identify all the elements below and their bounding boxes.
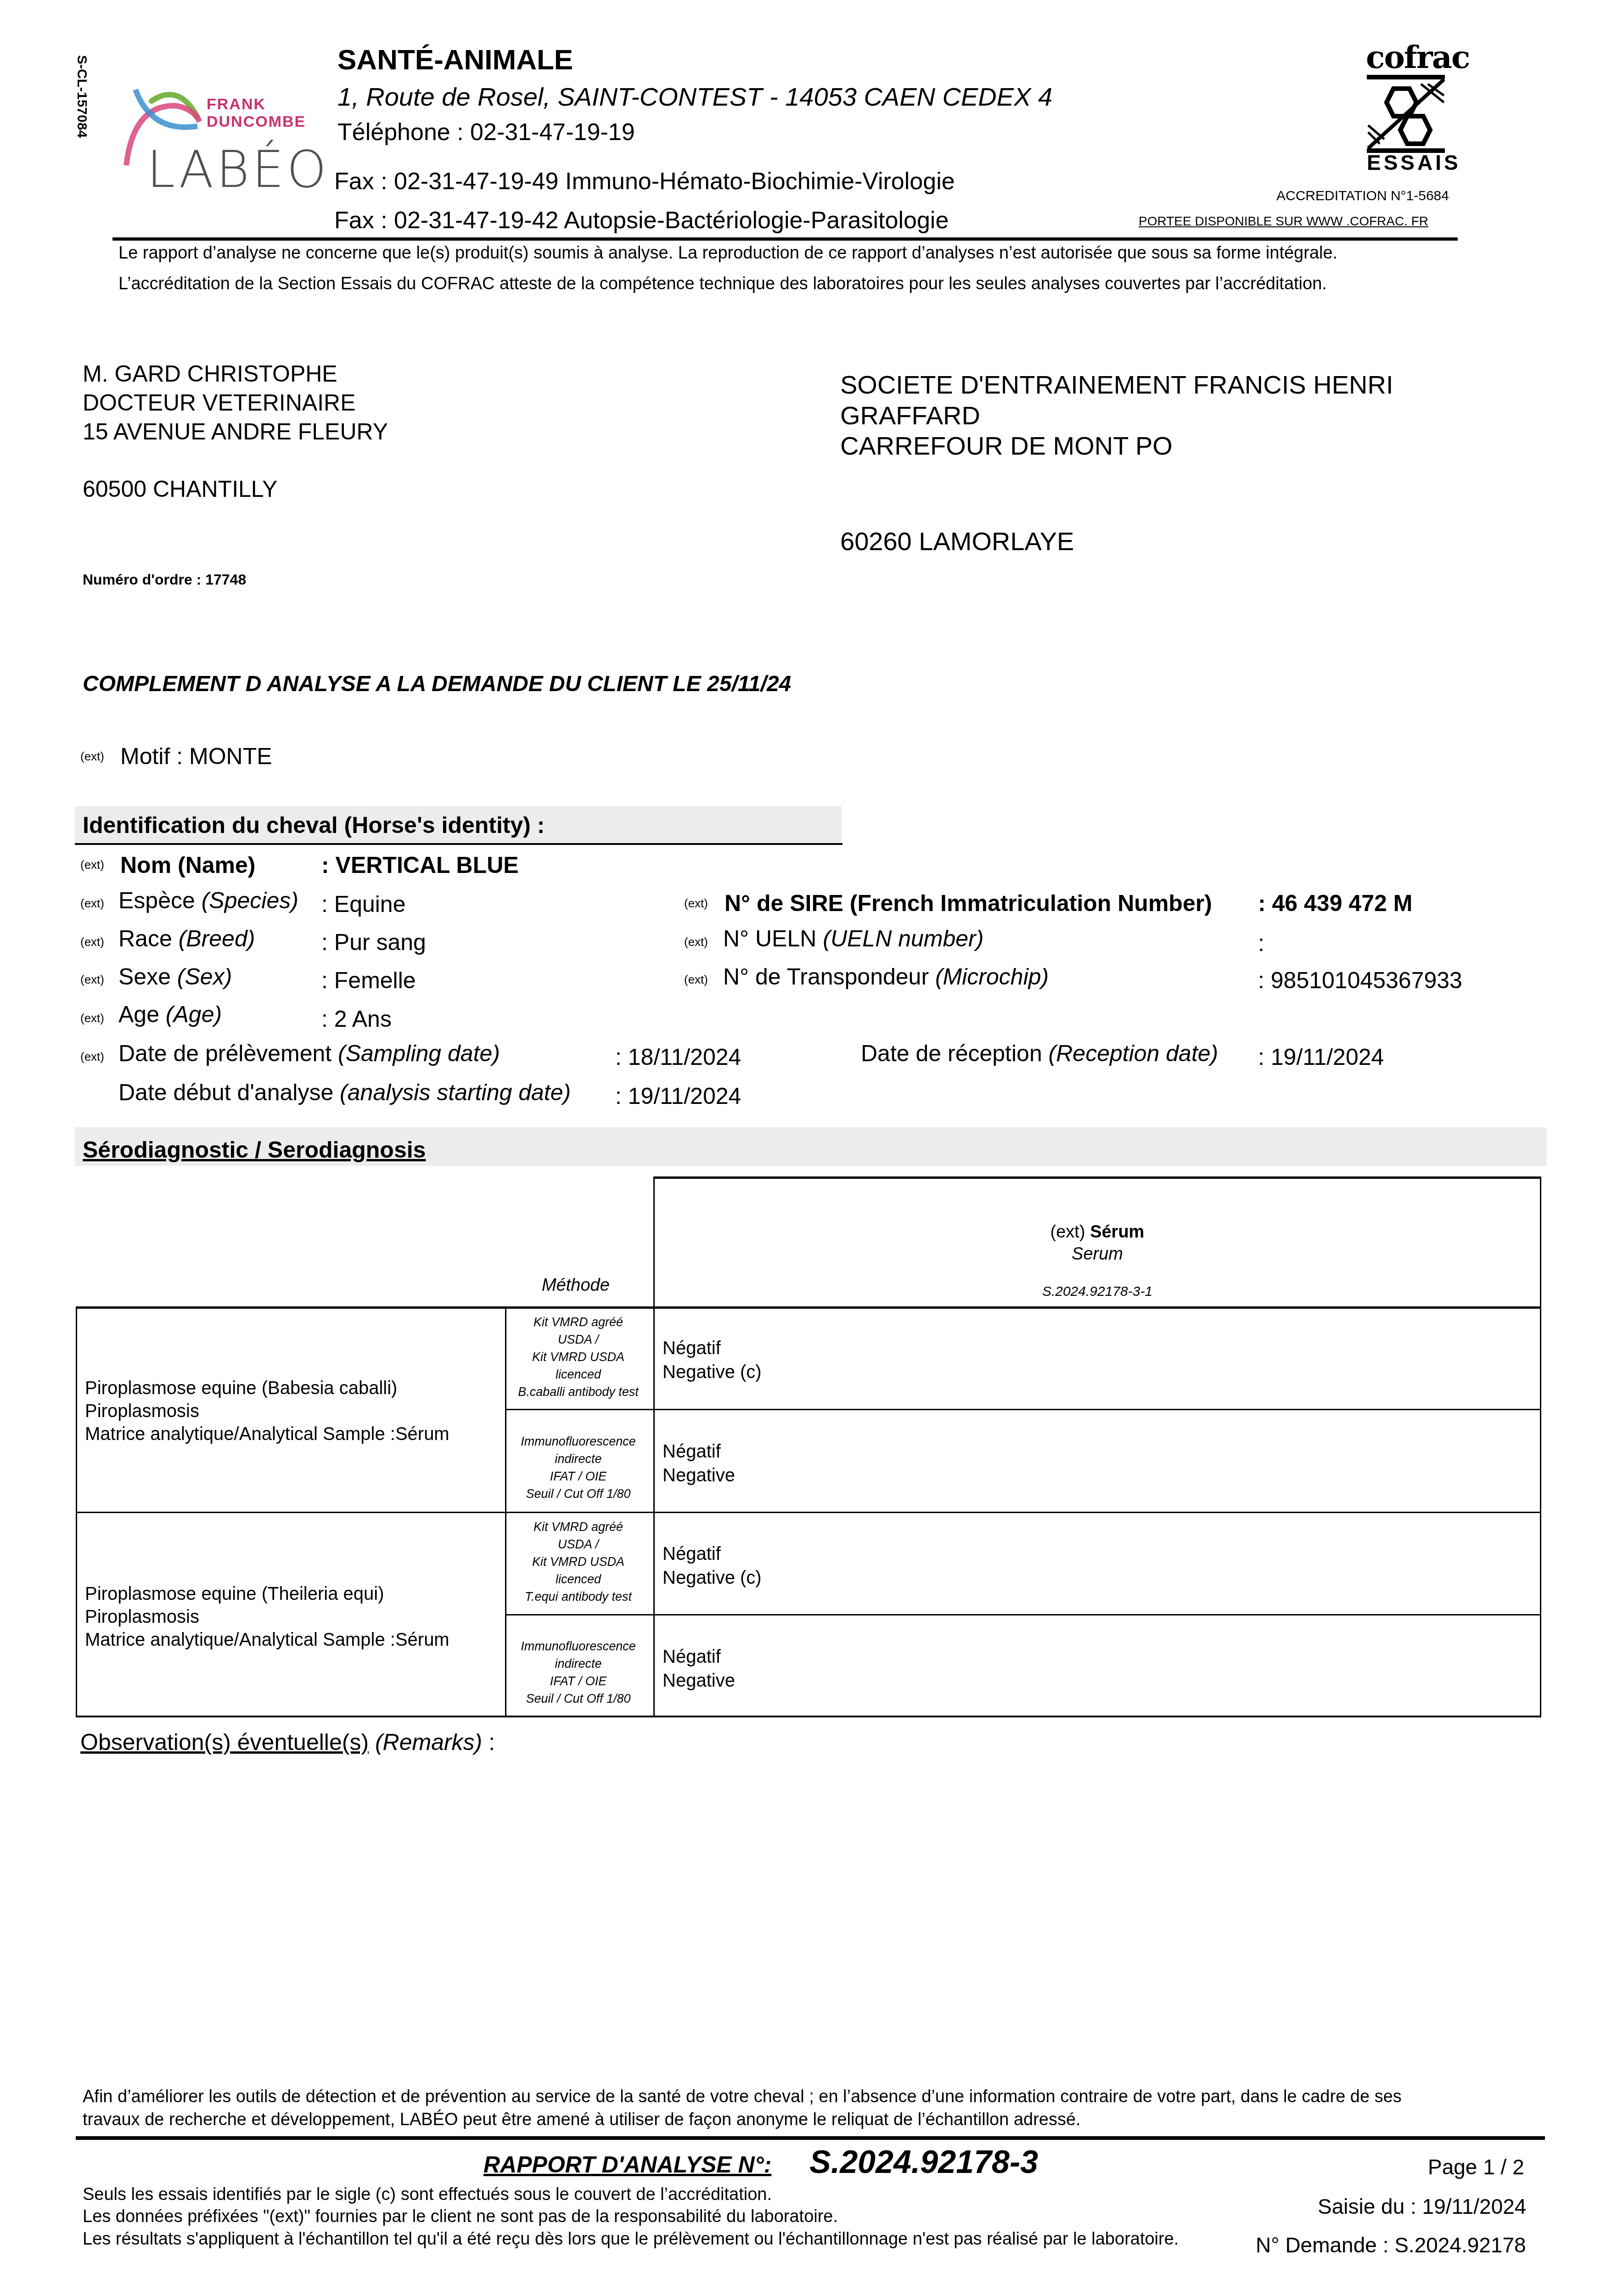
motif: Motif : MONTE xyxy=(120,743,272,770)
analysis-start-label: Date début d'analyse (analysis starting … xyxy=(118,1079,571,1106)
identity-sire-value: : 46 439 472 M xyxy=(1258,890,1412,917)
ext-tag: (ext) xyxy=(684,896,708,911)
identity-name-value: : VERTICAL BLUE xyxy=(321,852,519,878)
result-fr: Négatif xyxy=(663,1645,735,1669)
method-line: B.caballi antibody test xyxy=(506,1383,650,1401)
method-line: licenced xyxy=(506,1366,650,1383)
result-cell: Négatif Negative (c) xyxy=(663,1336,762,1384)
method-line: Kit VMRD USDA xyxy=(506,1348,650,1366)
label-translation: (Breed) xyxy=(179,926,255,951)
logo-line2: DUNCOMBE xyxy=(207,113,306,130)
method-line: Immunofluorescence xyxy=(506,1433,650,1450)
result-fr: Négatif xyxy=(663,1336,762,1360)
result-cell: Négatif Negative xyxy=(663,1440,735,1487)
labeo-logo: FRANK DUNCOMBE LABÉO xyxy=(119,73,321,197)
ext-tag: (ext) xyxy=(80,935,104,949)
label-translation: (Sampling date) xyxy=(338,1041,500,1066)
reception-date-value: : 19/11/2024 xyxy=(1258,1044,1384,1070)
test-name-line: Piroplasmosis xyxy=(85,1605,449,1628)
table-row-divider xyxy=(505,1614,1541,1615)
label-translation: (Age) xyxy=(166,1002,222,1027)
identity-age-value: : 2 Ans xyxy=(321,1006,392,1032)
result-en: Negative xyxy=(663,1669,735,1693)
recipient-city: 60500 CHANTILLY xyxy=(83,476,277,502)
page-number: Page 1 / 2 xyxy=(1428,2155,1524,2179)
cofrac-essais: ESSAIS xyxy=(1367,150,1461,175)
identity-species-label: Espèce (Species) xyxy=(118,887,298,914)
method-cell: Immunofluorescence indirecte IFAT / OIE … xyxy=(506,1433,650,1503)
identity-breed-value: : Pur sang xyxy=(321,929,426,956)
label-translation: (Reception date) xyxy=(1049,1041,1219,1066)
identity-breed-label: Race (Breed) xyxy=(118,925,255,952)
result-cell: Négatif Negative xyxy=(663,1645,735,1693)
label-text: Date de prélèvement xyxy=(118,1041,338,1066)
method-line: indirecte xyxy=(506,1450,650,1468)
recipient-street: 15 AVENUE ANDRE FLEURY xyxy=(83,418,388,445)
table-header-bottom-border xyxy=(76,1306,1541,1309)
sampling-date-value: : 18/11/2024 xyxy=(615,1044,741,1070)
method-line: IFAT / OIE xyxy=(506,1672,650,1690)
remarks-label-translation: (Remarks) xyxy=(369,1729,482,1755)
cofrac-word: cofrac xyxy=(1366,39,1469,76)
logo-frank-duncombe: FRANK DUNCOMBE xyxy=(207,96,306,130)
legal-note-1: Seuls les essais identifiés par le sigle… xyxy=(83,2185,772,2205)
report-number-label: RAPPORT D'ANALYSE N°: xyxy=(483,2151,771,2178)
lab-fax-1: Fax : 02-31-47-19-49 Immuno-Hémato-Bioch… xyxy=(334,168,955,195)
ext-tag: (ext) xyxy=(80,1050,104,1064)
test-name-babesia: Piroplasmose equine (Babesia caballi) Pi… xyxy=(85,1377,449,1446)
remarks-colon: : xyxy=(482,1729,495,1755)
method-line: Kit VMRD agréé xyxy=(506,1313,650,1331)
cofrac-portee-link[interactable]: PORTEE DISPONIBLE SUR WWW .COFRAC. FR xyxy=(1139,214,1428,229)
owner-city: 60260 LAMORLAYE xyxy=(840,526,1074,556)
identity-sex-label: Sexe (Sex) xyxy=(118,963,232,990)
cofrac-logo: cofrac ESSAIS xyxy=(1366,39,1449,177)
table-group-divider xyxy=(76,1512,1541,1513)
test-name-line: Matrice analytique/Analytical Sample :Sé… xyxy=(85,1628,449,1651)
footer-divider xyxy=(76,2136,1545,2140)
result-fr: Négatif xyxy=(663,1542,762,1566)
lab-fax-2: Fax : 02-31-47-19-42 Autopsie-Bactériolo… xyxy=(334,207,949,234)
result-cell: Négatif Negative (c) xyxy=(663,1542,762,1590)
identity-name-label: Nom (Name) xyxy=(120,852,255,878)
serodiagnosis-title: Sérodiagnostic / Serodiagnosis xyxy=(83,1137,426,1163)
legal-note-3: Les résultats s'appliquent à l'échantill… xyxy=(83,2229,1179,2249)
accreditation-number: ACCREDITATION N°1-5684 xyxy=(1276,188,1449,204)
method-line: Kit VMRD USDA xyxy=(506,1553,650,1570)
ext-tag: (ext) xyxy=(80,1011,104,1025)
ext-tag: (ext) xyxy=(80,858,104,872)
method-cell: Kit VMRD agréé USDA / Kit VMRD USDA lice… xyxy=(506,1518,650,1605)
footer-note-1: Afin d’améliorer les outils de détection… xyxy=(83,2087,1402,2107)
identity-title: Identification du cheval (Horse's identi… xyxy=(83,812,545,838)
label-text: Date début d'analyse xyxy=(118,1080,340,1105)
header-divider xyxy=(112,237,1458,241)
label-text: Age xyxy=(118,1002,166,1027)
method-line: Immunofluorescence xyxy=(506,1638,650,1655)
method-line: IFAT / OIE xyxy=(506,1468,650,1485)
method-line: T.equi antibody test xyxy=(506,1588,650,1605)
identity-sire-label: N° de SIRE (French Immatriculation Numbe… xyxy=(724,890,1212,917)
method-line: indirecte xyxy=(506,1655,650,1672)
sample-name-en: Serum xyxy=(654,1244,1540,1264)
sample-name: Sérum xyxy=(1090,1222,1144,1242)
label-text: N° UELN xyxy=(723,926,823,951)
table-header-top-border xyxy=(653,1176,1541,1179)
sample-id: S.2024.92178-3-1 xyxy=(654,1284,1540,1300)
label-text: N° de Transpondeur xyxy=(723,964,935,990)
result-fr: Négatif xyxy=(663,1440,735,1463)
method-line: USDA / xyxy=(506,1536,650,1553)
lab-telephone: Téléphone : 02-31-47-19-19 xyxy=(337,118,635,146)
lab-address: 1, Route de Rosel, SAINT-CONTEST - 14053… xyxy=(337,82,1052,112)
result-en: Negative (c) xyxy=(663,1360,762,1384)
disclaimer-line-1: Le rapport d’analyse ne concerne que le(… xyxy=(118,243,1337,263)
owner-line-2: GRAFFARD xyxy=(840,400,980,430)
label-text: Sexe xyxy=(118,964,177,990)
method-line: licenced xyxy=(506,1570,650,1588)
method-cell: Immunofluorescence indirecte IFAT / OIE … xyxy=(506,1638,650,1707)
disclaimer-line-2: L’accréditation de la Section Essais du … xyxy=(118,274,1327,294)
label-translation: (Species) xyxy=(202,888,298,913)
result-en: Negative xyxy=(663,1463,735,1487)
recipient-title: DOCTEUR VETERINAIRE xyxy=(83,389,356,416)
method-line: Seuil / Cut Off 1/80 xyxy=(506,1485,650,1503)
method-line: Seuil / Cut Off 1/80 xyxy=(506,1690,650,1707)
label-text: Race xyxy=(118,926,179,951)
document-side-code: S-CL-157084 xyxy=(74,55,90,138)
lab-title: SANTÉ-ANIMALE xyxy=(337,44,573,76)
label-translation: (analysis starting date) xyxy=(340,1080,571,1105)
label-translation: (Microchip) xyxy=(935,964,1049,990)
order-number: Numéro d'ordre : 17748 xyxy=(83,571,246,588)
ext-tag: (ext) xyxy=(80,896,104,911)
label-text: Espèce xyxy=(118,888,202,913)
ext-tag: (ext) xyxy=(684,973,708,987)
table-row-divider xyxy=(505,1409,1541,1410)
test-name-line: Matrice analytique/Analytical Sample :Sé… xyxy=(85,1423,449,1446)
method-cell: Kit VMRD agréé USDA / Kit VMRD USDA lice… xyxy=(506,1313,650,1401)
report-number: S.2024.92178-3 xyxy=(809,2144,1038,2180)
method-line: Kit VMRD agréé xyxy=(506,1518,650,1536)
legal-note-2: Les données préfixées "(ext)" fournies p… xyxy=(83,2207,838,2227)
test-name-line: Piroplasmose equine (Theileria equi) xyxy=(85,1582,449,1605)
table-bottom-border xyxy=(76,1716,1541,1717)
request-number: N° Demande : S.2024.92178 xyxy=(1256,2233,1526,2257)
method-column-header: Méthode xyxy=(542,1276,610,1295)
remarks-label-text: Observation(s) éventuelle(s) xyxy=(80,1729,369,1755)
owner-line-1: SOCIETE D'ENTRAINEMENT FRANCIS HENRI xyxy=(840,370,1393,400)
method-line: USDA / xyxy=(506,1331,650,1348)
identity-section-underline xyxy=(75,843,842,845)
identity-ueln-label: N° UELN (UELN number) xyxy=(723,925,983,952)
test-name-theileria: Piroplasmose equine (Theileria equi) Pir… xyxy=(85,1582,449,1651)
entry-date: Saisie du : 19/11/2024 xyxy=(1318,2194,1526,2219)
label-text: Date de réception xyxy=(861,1041,1049,1066)
result-en: Negative (c) xyxy=(663,1566,762,1590)
remarks-label: Observation(s) éventuelle(s) (Remarks) : xyxy=(80,1729,495,1756)
ext-tag: (ext) xyxy=(80,749,104,764)
label-translation: (UELN number) xyxy=(823,926,983,951)
identity-sex-value: : Femelle xyxy=(321,967,416,994)
reception-date-label: Date de réception (Reception date) xyxy=(861,1040,1218,1067)
identity-ueln-value: : xyxy=(1258,930,1264,957)
ext-tag: (ext) xyxy=(80,973,104,987)
identity-microchip-value: : 985101045367933 xyxy=(1258,967,1462,994)
ext-tag: (ext) xyxy=(684,935,708,949)
complement-heading: COMPLEMENT D ANALYSE A LA DEMANDE DU CLI… xyxy=(83,671,791,697)
identity-microchip-label: N° de Transpondeur (Microchip) xyxy=(723,963,1049,990)
footer-note-2: travaux de recherche et développement, L… xyxy=(83,2110,1081,2130)
test-name-line: Piroplasmosis xyxy=(85,1400,449,1423)
logo-line1: FRANK xyxy=(207,96,306,113)
analysis-start-value: : 19/11/2024 xyxy=(615,1083,741,1109)
sample-header: (ext) Sérum xyxy=(654,1222,1540,1242)
label-translation: (Sex) xyxy=(177,964,232,990)
identity-species-value: : Equine xyxy=(321,891,405,917)
identity-age-label: Age (Age) xyxy=(118,1001,222,1028)
sampling-date-label: Date de prélèvement (Sampling date) xyxy=(118,1040,500,1067)
test-name-line: Piroplasmose equine (Babesia caballi) xyxy=(85,1377,449,1400)
sample-ext-tag: (ext) xyxy=(1050,1222,1090,1242)
owner-line-3: CARREFOUR DE MONT PO xyxy=(840,431,1173,461)
recipient-name: M. GARD CHRISTOPHE xyxy=(83,360,337,387)
logo-brand: LABÉO xyxy=(147,140,329,199)
cofrac-hexagon-icon xyxy=(1366,75,1449,153)
